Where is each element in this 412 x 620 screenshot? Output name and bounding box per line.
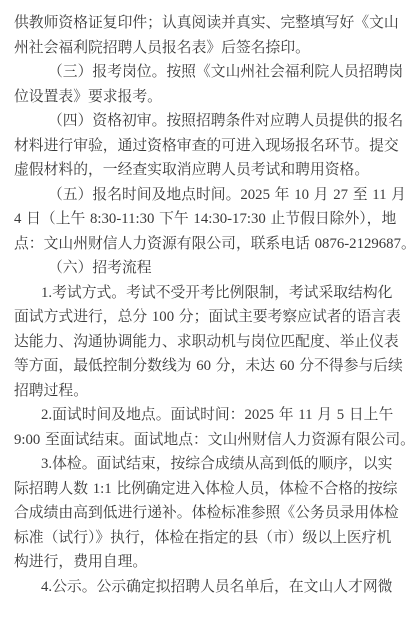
latin-numeral: 14:30-17:30 xyxy=(193,211,265,227)
document-line: 达能力、沟通协调能力、求职动机与岗位匹配度、举止仪表 xyxy=(14,330,399,355)
latin-numeral: 3. xyxy=(41,456,52,472)
latin-numeral: 27 xyxy=(333,187,348,203)
document-line: 1.考试方式。考试不受开考比例限制，考试采取结构化 xyxy=(14,281,399,306)
document-line: 9:00 至面试结束。面试地点：文山州财信人力资源有限公司。 xyxy=(14,428,399,453)
document-line: 供教师资格证复印件；认真阅读并真实、完整填写好《文山 xyxy=(14,11,399,36)
document-line: 招聘过程。 xyxy=(14,379,399,404)
latin-numeral: 1. xyxy=(41,285,52,301)
latin-numeral: 11 xyxy=(372,187,386,203)
latin-numeral: 9:00 xyxy=(14,432,40,448)
document-line: （五）报名时间及地点时间。2025 年 10 月 27 至 11 月 xyxy=(14,183,399,208)
latin-numeral: 10 xyxy=(294,187,309,203)
document-line: 4.公示。公示确定拟招聘人员名单后，在文山人才网微 xyxy=(14,575,399,600)
latin-numeral: 60 xyxy=(280,358,295,374)
document-line: 虚假材料的，一经查实取消应聘人员考试和聘用资格。 xyxy=(14,158,399,183)
document-line: 州社会福利院招聘人员报名表》后签名捺印。 xyxy=(14,36,399,61)
latin-numeral: 2. xyxy=(41,407,52,423)
document-page[interactable]: 供教师资格证复印件；认真阅读并真实、完整填写好《文山州社会福利院招聘人员报名表》… xyxy=(0,0,412,620)
document-line: （四）资格初审。按照招聘条件对应聘人员提供的报名 xyxy=(14,109,399,134)
document-line: 标准（试行）》执行，体检在指定的县（市）级以上医疗机 xyxy=(14,526,399,551)
document-line: 面试方式进行，总分 100 分；面试主要考察应试者的语言表 xyxy=(14,305,399,330)
latin-numeral: 2025 xyxy=(244,407,274,423)
document-body: 供教师资格证复印件；认真阅读并真实、完整填写好《文山州社会福利院招聘人员报名表》… xyxy=(0,0,412,599)
latin-numeral: 11 xyxy=(298,407,312,423)
document-line: （三）报考岗位。按照《文山州社会福利院人员招聘岗 xyxy=(14,60,399,85)
document-line: 4 日（上午 8:30-11:30 下午 14:30-17:30 止节假日除外）… xyxy=(14,207,399,232)
document-line: 位设置表》要求报考。 xyxy=(14,85,399,110)
document-line: 材料进行审验，通过资格审查的可进入现场报名环节。提交 xyxy=(14,134,399,159)
latin-numeral: 8:30-11:30 xyxy=(90,211,154,227)
latin-numeral: 2025 xyxy=(240,187,270,203)
document-line: （六）招考流程 xyxy=(14,256,399,281)
latin-numeral: 60 xyxy=(196,358,211,374)
latin-numeral: 100 xyxy=(152,309,174,325)
document-line: 点：文山州财信人力资源有限公司，联系电话 0876-2129687。 xyxy=(14,232,399,257)
document-line: 等方面，最低控制分数线为 60 分，未达 60 分不得参与后续 xyxy=(14,354,399,379)
document-line: 构进行，费用自理。 xyxy=(14,550,399,575)
latin-numeral: 0876-2129687 xyxy=(315,236,401,252)
document-line: 际招聘人数 1:1 比例确定进入体检人员，体检不合格的按综 xyxy=(14,477,399,502)
latin-numeral: 1:1 xyxy=(93,481,112,497)
document-line: 合成绩由高到低进行递补。体检标准参照《公务员录用体检 xyxy=(14,501,399,526)
latin-numeral: 4. xyxy=(41,579,52,595)
document-line: 3.体检。面试结束，按综合成绩从高到低的顺序，以实 xyxy=(14,452,399,477)
latin-numeral: 4 xyxy=(14,211,21,227)
document-line: 2.面试时间及地点。面试时间：2025 年 11 月 5 日上午 xyxy=(14,403,399,428)
latin-numeral: 5 xyxy=(337,407,344,423)
